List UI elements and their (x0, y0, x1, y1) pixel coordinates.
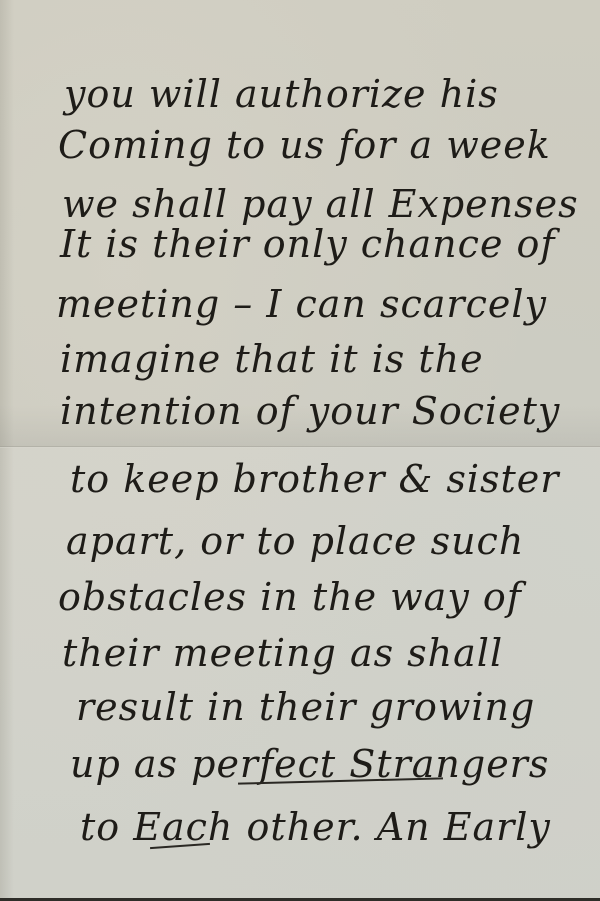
letter-line-7: intention of your Society (60, 392, 560, 430)
letter-line-4: It is their only chance of (60, 225, 555, 263)
letter-line-12: result in their growing (76, 688, 535, 726)
letter-page: you will authorize his Coming to us for … (0, 0, 600, 901)
letter-line-14: to Each other. An Early (80, 808, 551, 846)
letter-line-2: Coming to us for a week (58, 126, 551, 164)
letter-line-1: you will authorize his (64, 75, 499, 113)
letter-line-9: apart, or to place such (66, 522, 524, 560)
letter-line-13: up as perfect Strangers (70, 745, 549, 783)
paper-fold-line (0, 446, 600, 448)
paper-edge-shadow (0, 0, 14, 901)
letter-line-11: their meeting as shall (62, 634, 503, 672)
letter-line-5: meeting – I can scarcely (56, 285, 547, 323)
letter-line-6: imagine that it is the (60, 340, 484, 378)
letter-line-3: we shall pay all Expenses (62, 185, 579, 223)
letter-line-10: obstacles in the way of (58, 578, 522, 616)
letter-line-8: to keep brother & sister (70, 460, 559, 498)
